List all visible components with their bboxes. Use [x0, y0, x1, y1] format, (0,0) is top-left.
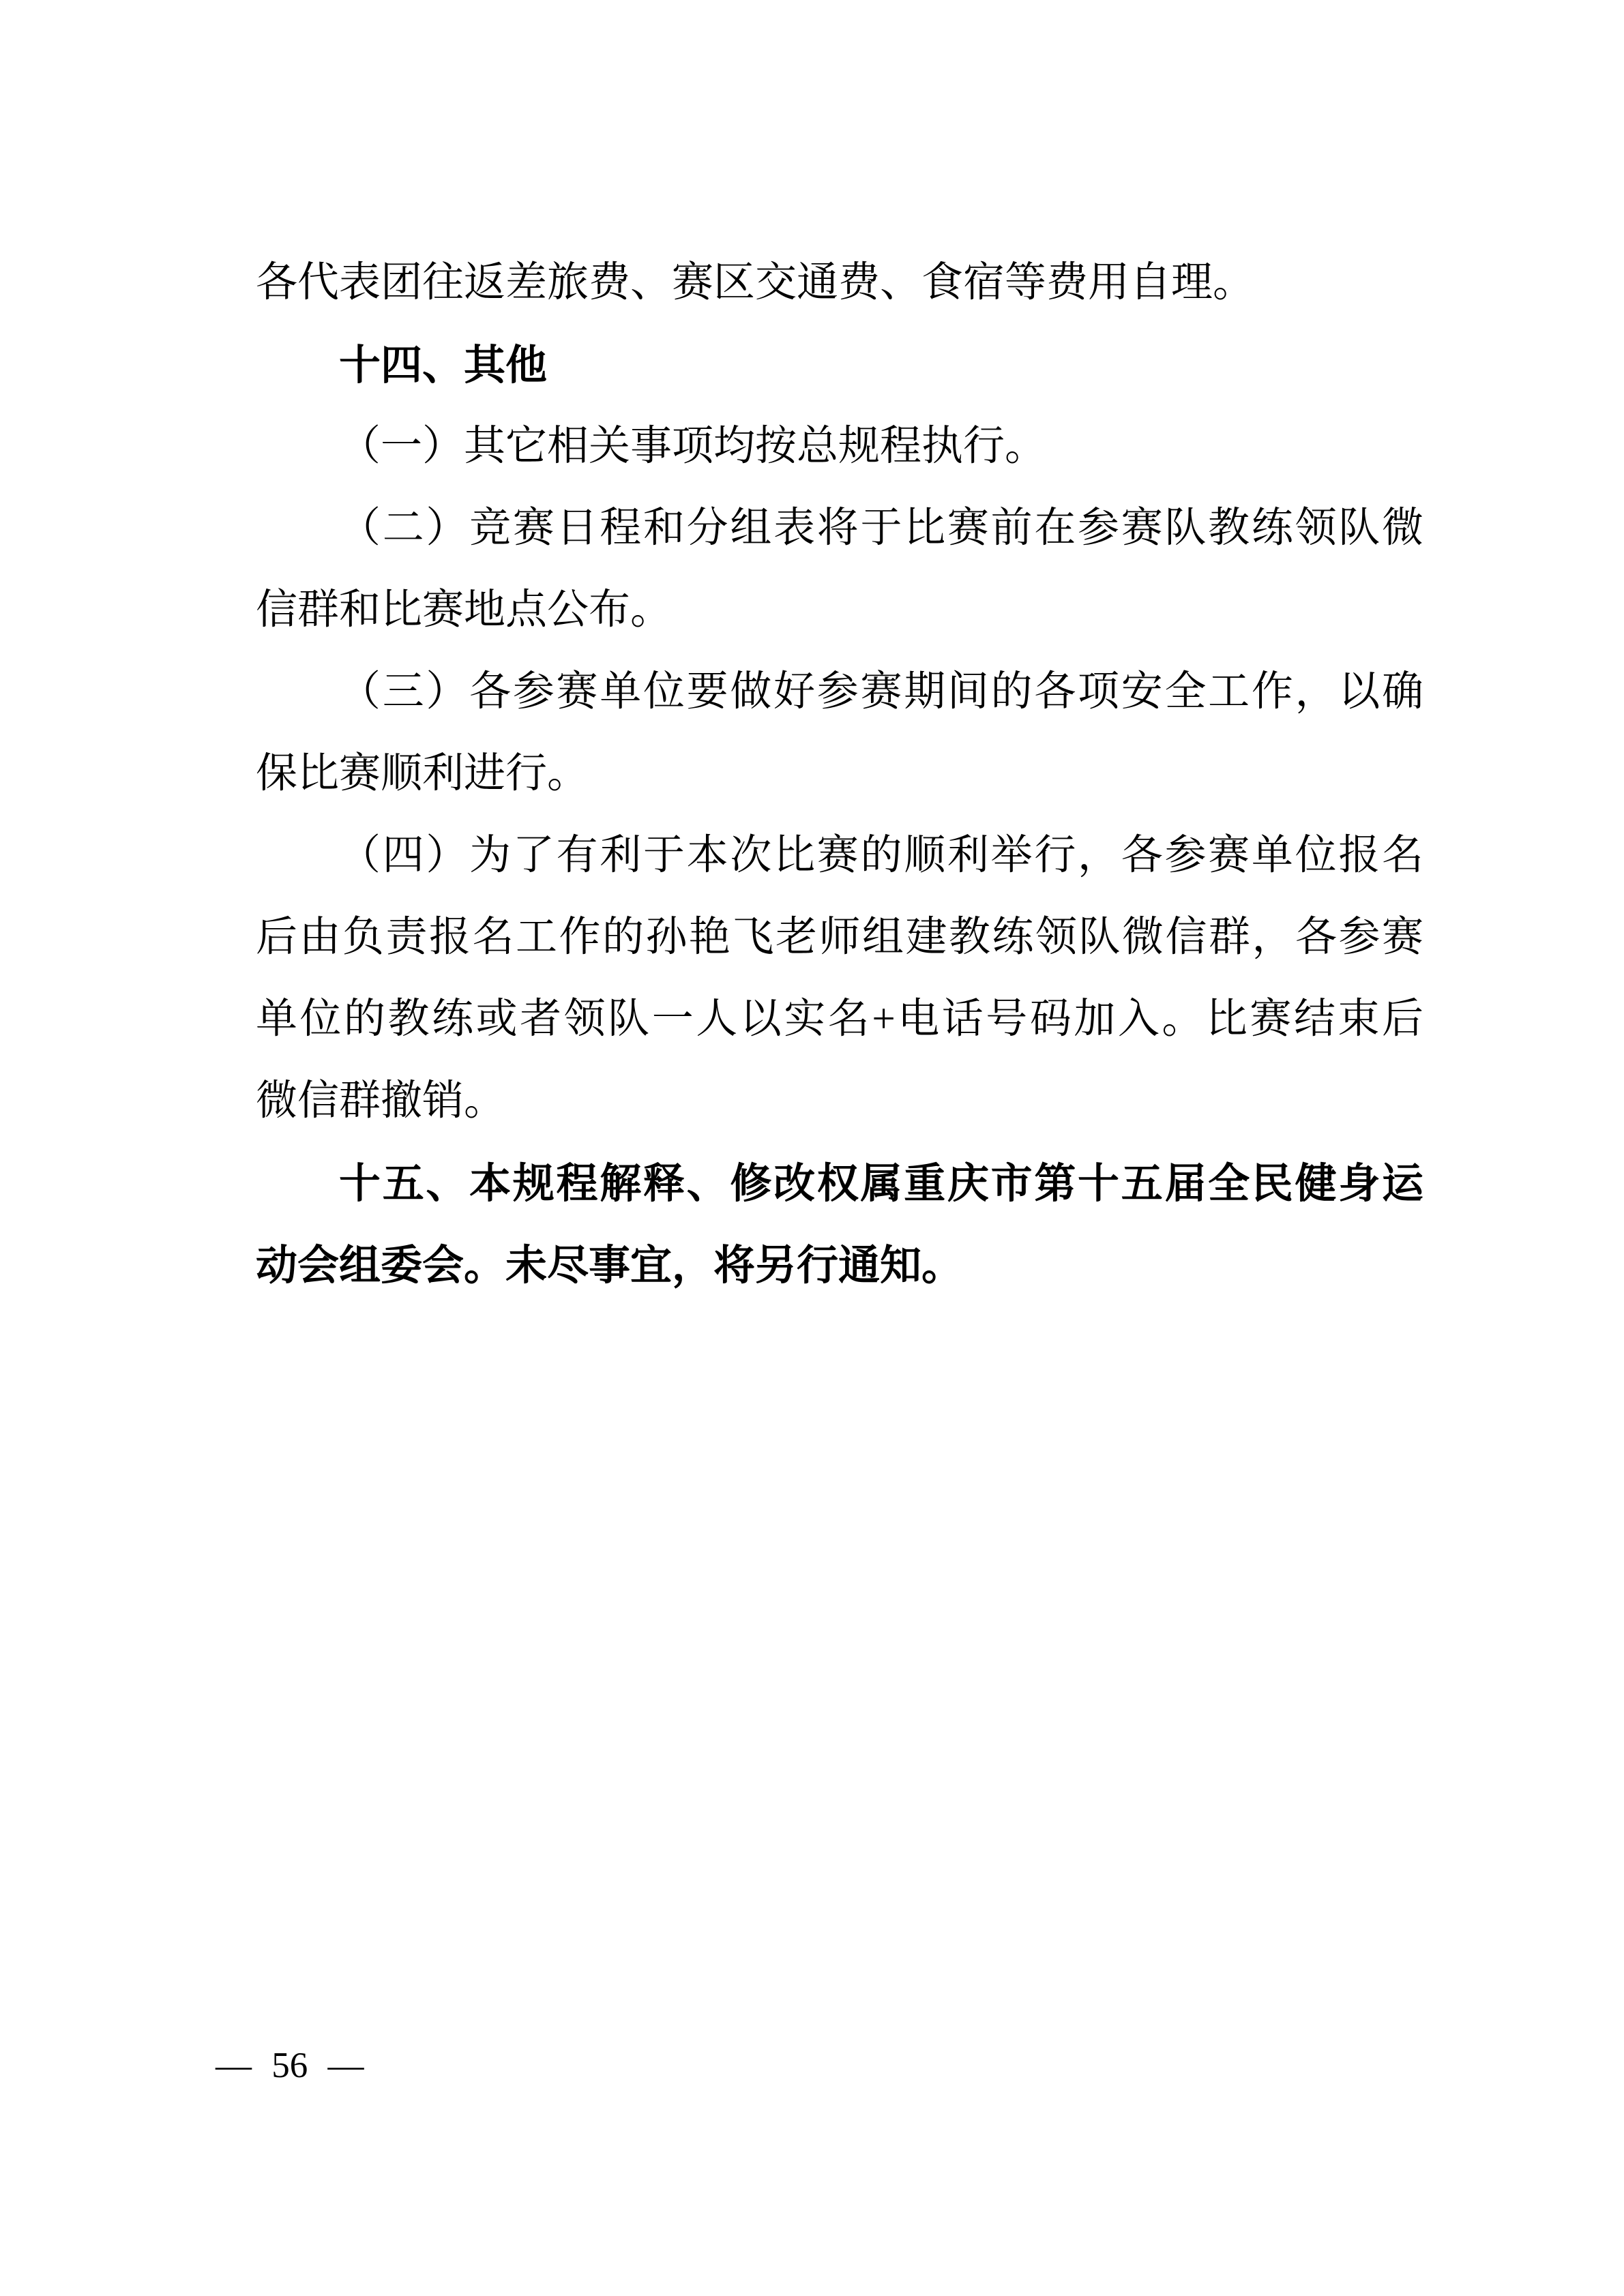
text-line: （四）为了有利于本次比赛的顺利举行，各参赛单位报名 — [256, 815, 1423, 897]
paragraph: 各代表团往返差旅费、赛区交通费、食宿等费用自理。 — [256, 242, 1423, 324]
paragraph: （一）其它相关事项均按总规程执行。 — [256, 406, 1423, 488]
text-line: 微信群撤销。 — [256, 1060, 1423, 1142]
text-line: 动会组委会。未尽事宜，将另行通知。 — [256, 1224, 1423, 1306]
text-line: 保比赛顺利进行。 — [256, 733, 1423, 815]
page-number: — 56 — — [216, 2046, 364, 2085]
paragraph: （四）为了有利于本次比赛的顺利举行，各参赛单位报名后由负责报名工作的孙艳飞老师组… — [256, 815, 1423, 1142]
text-line: （二）竞赛日程和分组表将于比赛前在参赛队教练领队微 — [256, 488, 1423, 569]
text-line: 十四、其他 — [256, 324, 1423, 406]
text-line: 各代表团往返差旅费、赛区交通费、食宿等费用自理。 — [256, 242, 1423, 324]
text-line: （三）各参赛单位要做好参赛期间的各项安全工作，以确 — [256, 651, 1423, 733]
paragraph: （三）各参赛单位要做好参赛期间的各项安全工作，以确保比赛顺利进行。 — [256, 651, 1423, 815]
section-heading: 十四、其他 — [256, 324, 1423, 406]
document-page: 各代表团往返差旅费、赛区交通费、食宿等费用自理。十四、其他（一）其它相关事项均按… — [0, 0, 1624, 2296]
paragraph: 十五、本规程解释、修改权属重庆市第十五届全民健身运动会组委会。未尽事宜，将另行通… — [256, 1142, 1423, 1306]
content-area: 各代表团往返差旅费、赛区交通费、食宿等费用自理。十四、其他（一）其它相关事项均按… — [256, 242, 1423, 1306]
text-line: 后由负责报名工作的孙艳飞老师组建教练领队微信群，各参赛 — [256, 897, 1423, 979]
text-line: 单位的教练或者领队一人以实名+电话号码加入。比赛结束后 — [256, 979, 1423, 1060]
text-line: 信群和比赛地点公布。 — [256, 569, 1423, 651]
text-line: 十五、本规程解释、修改权属重庆市第十五届全民健身运 — [256, 1142, 1423, 1224]
text-line: （一）其它相关事项均按总规程执行。 — [256, 406, 1423, 488]
paragraph: （二）竞赛日程和分组表将于比赛前在参赛队教练领队微信群和比赛地点公布。 — [256, 488, 1423, 651]
